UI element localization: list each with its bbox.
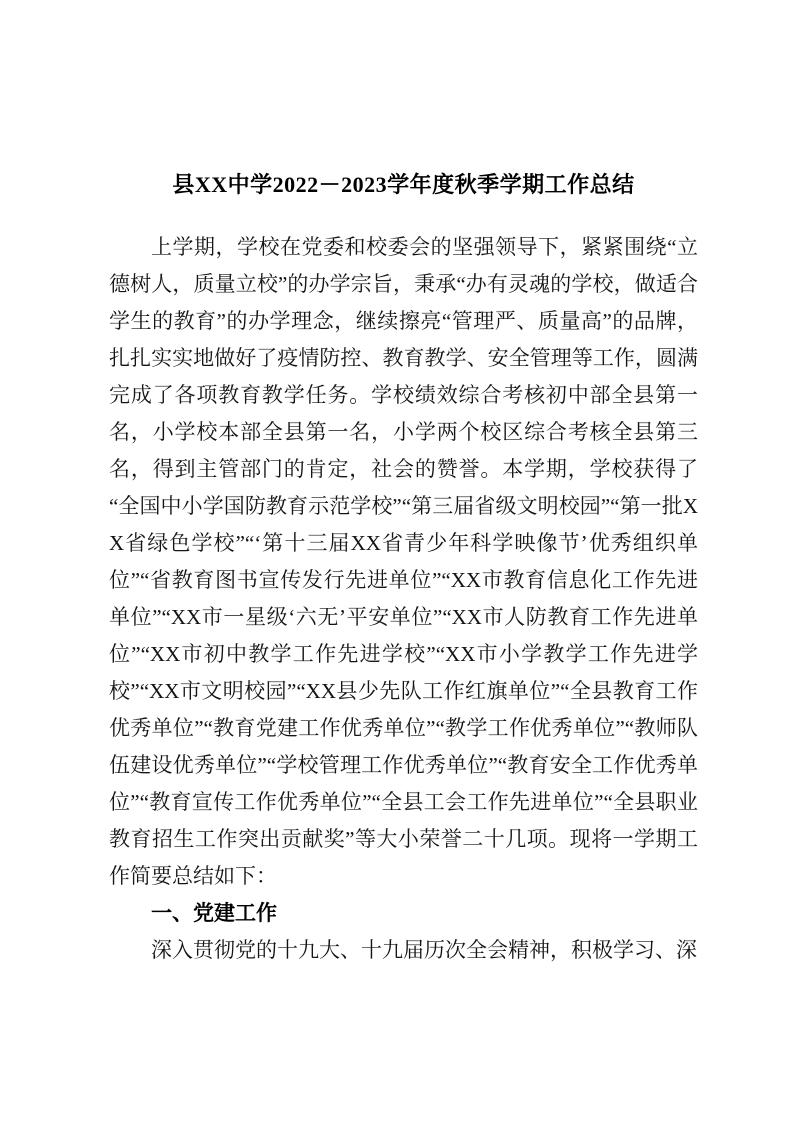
section-heading-party-work: 一、党建工作 — [109, 895, 698, 932]
section-paragraph-party-work: 深入贯彻党的十九大、十九届历次全会精神，积极学习、深 — [109, 932, 698, 969]
summary-paragraph: 上学期，学校在党委和校委会的坚强领导下，紧紧围绕“立德树人，质量立校”的办学宗旨… — [109, 229, 698, 895]
document-page: 县XX中学2022－2023学年度秋季学期工作总结 上学期，学校在党委和校委会的… — [0, 0, 793, 1122]
document-title: 县XX中学2022－2023学年度秋季学期工作总结 — [109, 170, 698, 200]
